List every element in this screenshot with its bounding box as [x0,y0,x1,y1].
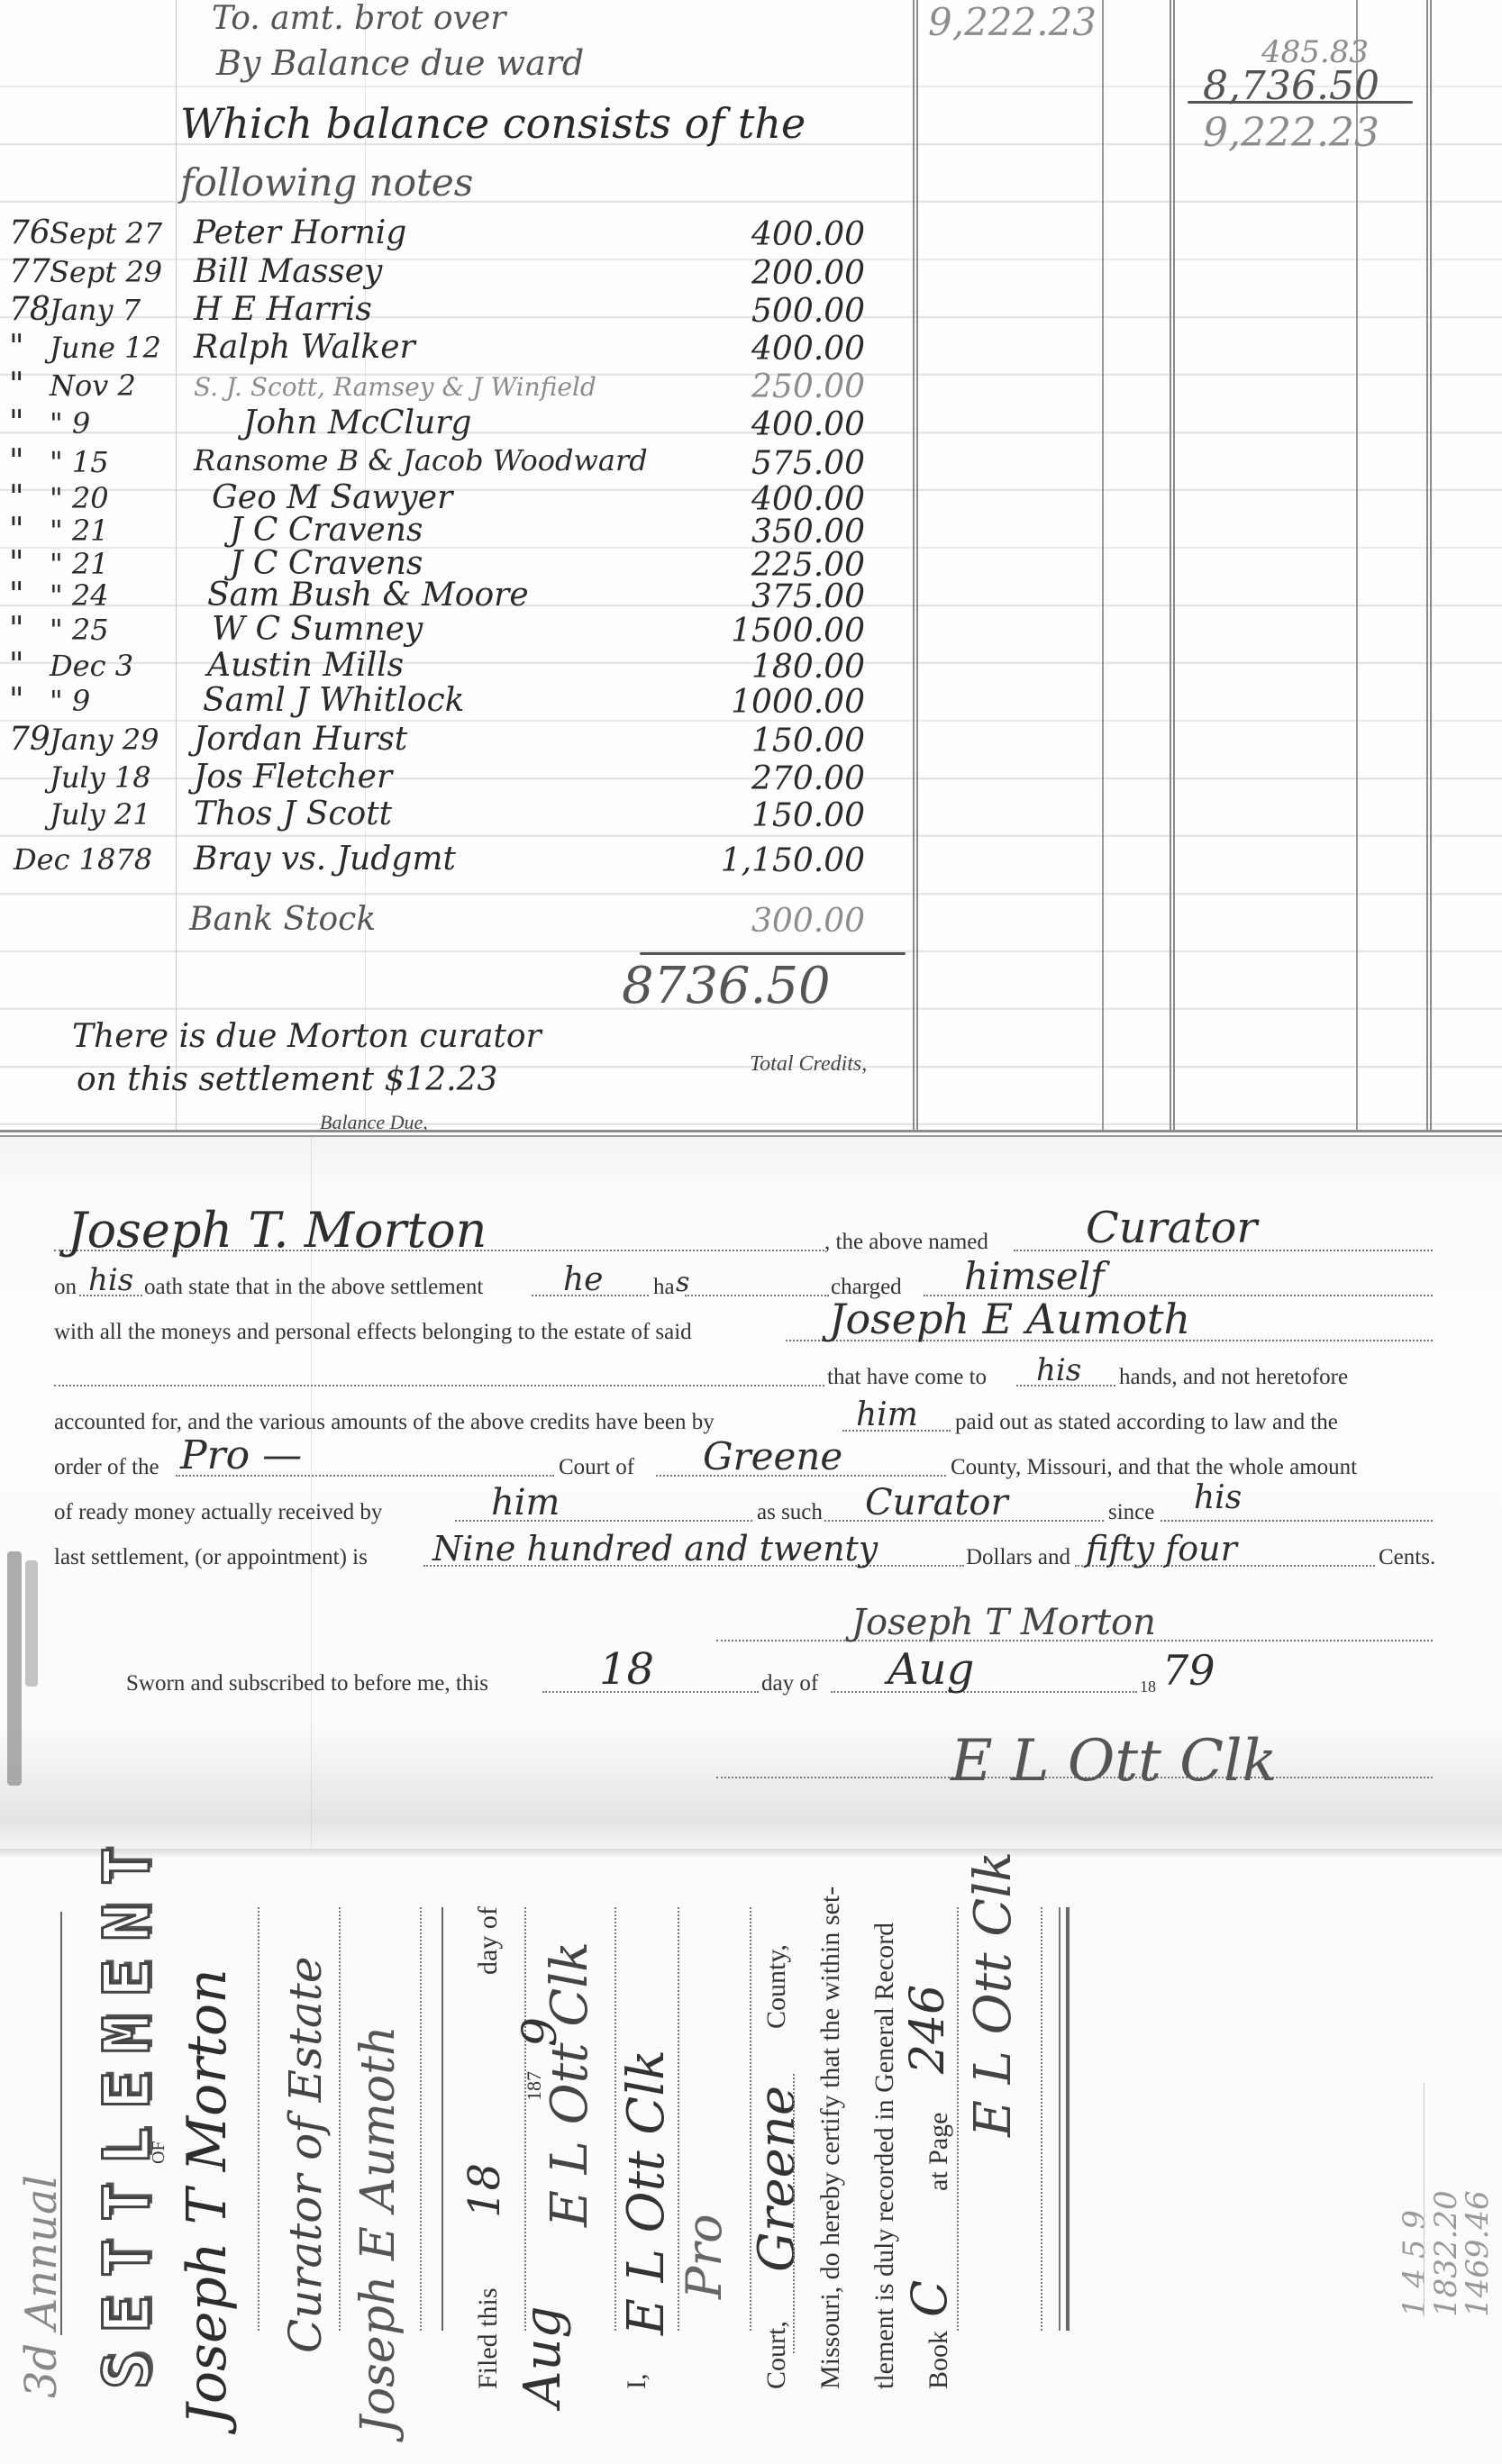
text-dollars-and: Dollars and [966,1545,1070,1570]
blank-line [420,1907,422,2331]
text-ha: ha [653,1275,675,1300]
docket-county: Greene [748,2086,806,2272]
notes-total: 8736.50 [622,957,831,1015]
text-certify: Missouri, do hereby certify that the wit… [815,1887,846,2389]
text-that-have: that have come to [827,1365,987,1390]
hands-fill: his [1036,1352,1081,1388]
note-name: J C Cravens [230,512,423,549]
note-date: Jany 7 [50,293,185,327]
note-year: " [9,443,24,480]
docket-section: 3d Annual SETTLEMENT OF Joseph T Morton … [0,1849,1502,2464]
list-item: July 18 Jos Fletcher 270.00 [0,759,901,795]
blank-line [957,1907,959,2331]
note-year: " [9,611,24,648]
column-rule-credit-cents [1356,0,1358,1130]
clerk-name: E L Ott Clk [617,2050,676,2335]
list-item: " Dec 3 Austin Mills 180.00 [0,647,901,683]
note-year: " [9,479,24,516]
estate-name: Joseph E Aumoth [829,1295,1190,1343]
column-rule-credit [1170,0,1175,1130]
note-amount: 400.00 [631,331,865,368]
annual-underline [60,1912,62,2335]
note-date: June 12 [50,331,185,365]
note-year: " [9,577,24,614]
note-date: " 25 [50,613,185,647]
he-fill: he [563,1261,604,1298]
recorded-signature: E L Ott Clk [964,1851,1023,2137]
text-with-all: with all the moneys and personal effects… [54,1320,692,1345]
note-date: " 15 [50,445,185,479]
blank-line [793,2074,795,2353]
note-name: Sam Bush & Moore [207,577,529,614]
settlement-title: SETTLEMENT [90,1830,164,2389]
affidavit-line-4: that have come to his hands, and not her… [54,1358,1433,1394]
cents-fill: fifty four [1086,1529,1237,1568]
settlement-role: Curator of Estate [279,1957,332,2353]
ledger-section: To. amt. brot over 9,222.23 By Balance d… [0,0,1502,1137]
list-item: " " 9 Saml J Whitlock 1000.00 [0,682,901,718]
county-fill: Greene [703,1434,842,1478]
page-fill: 246 [901,1985,955,2074]
settlement-person: Joseph T Morton [176,1968,239,2425]
double-rule [1066,1907,1070,2331]
sworn-line: Sworn and subscribed to before me, this … [126,1664,1243,1700]
note-amount: 1,150.00 [631,842,865,879]
filed-month: Aug [514,2306,572,2407]
list-item: " " 24 Sam Bush & Moore 375.00 [0,577,901,613]
on-fill: his [88,1262,133,1298]
book-fill: C [901,2280,958,2317]
ledger-amount-brought-over: 9,222.23 [928,0,1097,44]
double-rule [1059,1907,1061,2331]
text-accounted: accounted for, and the various amounts o… [54,1410,715,1435]
blank-line [614,1907,616,2331]
blank-line [831,1691,1137,1693]
ledger-line-which-balance: Which balance consists of the [180,99,806,148]
note-date: July 21 [50,797,185,832]
note-date: " 20 [50,481,185,515]
text-day-of: day of [761,1671,818,1696]
by-fill: him [856,1396,918,1433]
of-label: OF [149,2141,169,2164]
text-hands: hands, and not heretofore [1119,1365,1348,1390]
note-date: Dec 3 [50,649,185,683]
note-year: " [9,647,24,684]
has-fill: s [676,1267,689,1298]
column-rule-right [1426,0,1432,1130]
note-date: " 9 [50,406,185,441]
note-date: " 24 [50,578,185,613]
note-year: " [9,367,24,404]
text-at-page: at Page [924,2113,954,2191]
note-name: Peter Hornig [194,214,406,251]
note-year: 79 [9,721,50,758]
list-item: Dec 1878 Bray vs. Judgmt 1,150.00 [0,841,901,877]
list-item: " " 15 Ransome B & Jacob Woodward 575.00 [0,443,901,479]
blank-line [258,1907,259,2331]
blank-line [1161,1520,1433,1522]
affidavit-line-1: Joseph T. Morton , the above named Curat… [54,1223,1433,1259]
note-date: Sept 27 [50,216,185,250]
fold-shadow [0,1849,1502,1858]
list-item: 79 Jany 29 Jordan Hurst 150.00 [0,721,901,757]
ink-stain [7,1551,22,1786]
note-date: July 18 [50,760,185,795]
margin-figure-3: 1 4 5 9 [1397,2210,1433,2317]
list-item: " " 25 W C Sumney 1500.00 [0,611,901,647]
sworn-day: 18 [599,1644,654,1695]
note-year: " [9,329,24,366]
clerk-role: Pro [676,2214,733,2299]
note-name: Jos Fletcher [194,759,392,796]
list-item: " " 21 J C Cravens 350.00 [0,512,901,548]
ledger-line-following-notes: following notes [180,160,473,205]
clerk-signature-line: E L Ott Clk [716,1750,1433,1786]
note-amount: 575.00 [631,445,865,482]
note-name: Ransome B & Jacob Woodward [194,443,648,477]
text-order-of: order of the [54,1455,159,1480]
note-amount: 250.00 [631,368,865,405]
text-county: County, [761,1944,792,2029]
ledger-line-brought-over: To. amt. brot over [212,0,505,37]
note-year: 77 [9,253,50,290]
note-name: John McClurg [243,405,471,441]
note-amount: 300.00 [631,903,865,940]
note-amount: 1000.00 [631,684,865,721]
due-note-line-1: There is due Morton curator [72,1018,542,1055]
text-i: I, [622,2374,652,2390]
total-credits-label: Total Credits, [750,1052,867,1077]
list-item: " June 12 Ralph Walker 400.00 [0,329,901,365]
text-filed-this: Filed this [473,2287,504,2389]
text-book: Book [924,2331,954,2389]
text-court-of: Court of [559,1455,634,1480]
ink-stain [25,1560,38,1687]
text-oath: oath state that in the above settlement [144,1275,483,1300]
text-since: since [1108,1500,1154,1525]
note-amount: 180.00 [631,649,865,686]
blank-line [1041,1907,1042,2331]
note-name: Bank Stock [189,901,376,938]
text-year-prefix: 18 [1140,1678,1156,1696]
column-rule-cents [1102,0,1104,1130]
note-year: " [9,405,24,441]
list-item: Bank Stock 300.00 [0,901,901,937]
affidavit-line-7: of ready money actually received by him … [54,1493,1433,1529]
text-as-such: as such [757,1500,823,1525]
note-date: Sept 29 [50,255,185,289]
settlement-estate: Joseph E Aumoth [351,2026,405,2434]
note-amount: 500.00 [631,293,865,330]
note-year: " [9,682,24,719]
note-name: Bray vs. Judgmt [194,841,456,877]
note-year: 76 [9,214,50,251]
ledger-bottom-rule [0,1130,1502,1137]
margin-rule [1424,2083,1425,2317]
note-name: Austin Mills [207,647,404,684]
affiant-name: Joseph T. Morton [68,1202,487,1259]
court-type: Pro — [180,1432,302,1478]
sworn-year: 79 [1162,1646,1215,1695]
affidavit-line-3: with all the moneys and personal effects… [54,1313,1433,1349]
blank-line [339,1907,341,2331]
margin-figure-1: 1469.46 [1460,2190,1496,2317]
sum-underline [1188,101,1413,104]
blank-line [54,1385,824,1387]
text-ready-money: of ready money actually received by [54,1500,382,1525]
note-date: Nov 2 [50,368,185,403]
list-item: 76 Sept 27 Peter Hornig 400.00 [0,214,901,250]
column-rule-debit [913,0,918,1130]
text-county-mo: County, Missouri, and that the whole amo… [951,1455,1357,1480]
received-by-fill: him [491,1482,560,1523]
as-such-fill: Curator [865,1482,1008,1523]
note-year: " [9,512,24,549]
note-date: " 9 [50,684,185,718]
note-amount: 375.00 [631,578,865,615]
text-court: Court, [761,2321,792,2389]
note-name: Ralph Walker [194,329,415,366]
note-name: W C Sumney [212,611,423,648]
list-item: July 21 Thos J Scott 150.00 [0,796,901,832]
margin-figure-2: 1832.20 [1428,2190,1464,2317]
note-amount: 150.00 [631,797,865,834]
note-date: " 21 [50,514,185,548]
note-name: Jordan Hurst [194,721,407,758]
list-item: " " 9 John McClurg 400.00 [0,405,901,441]
since-fill: his [1194,1479,1242,1516]
charged-fill: himself [964,1254,1105,1298]
blank-line [685,1295,829,1296]
text-sworn: Sworn and subscribed to before me, this [126,1671,488,1696]
affiant-signature: Joseph T Morton [851,1602,1156,1643]
note-name: Thos J Scott [194,796,392,832]
divider-rule [441,1907,443,2331]
annual-label: 3d Annual [16,2175,67,2398]
text-day-of: day of [473,1906,504,1975]
text-above-named: , the above named [824,1230,988,1255]
note-year: 78 [9,291,50,328]
note-amount: 200.00 [631,255,865,292]
affidavit-section: Joseph T. Morton , the above named Curat… [0,1137,1502,1849]
scanned-document: To. amt. brot over 9,222.23 By Balance d… [0,0,1502,2464]
note-name: Geo M Sawyer [212,479,452,516]
list-item: 77 Sept 29 Bill Massey 200.00 [0,253,901,289]
blank-line [524,1907,526,2331]
list-item: " " 20 Geo M Sawyer 400.00 [0,479,901,515]
list-item: 78 Jany 7 H E Harris 500.00 [0,291,901,327]
affidavit-line-6: order of the Pro — Court of Greene Count… [54,1448,1433,1484]
text-recorded: tlement is duly recorded in General Reco… [869,1923,900,2389]
note-amount: 400.00 [631,216,865,253]
list-item: " Nov 2 S. J. Scott, Ramsey & J Winfield… [0,367,901,403]
affiant-signature-line: Joseph T Morton [716,1613,1433,1649]
note-amount: 270.00 [631,760,865,797]
note-name: S. J. Scott, Ramsey & J Winfield [194,372,596,402]
filed-day: 18 [460,2163,510,2218]
text-last-settlement: last settlement, (or appointment) is [54,1545,368,1570]
note-date: Dec 1878 [14,842,149,877]
affiant-title: Curator [1086,1203,1257,1253]
credit-amount-total: 9,222.23 [1203,110,1379,156]
text-cents: Cents. [1379,1545,1435,1570]
text-paid-out: paid out as stated according to law and … [955,1410,1338,1435]
note-name: Bill Massey [194,253,382,290]
due-note-line-2: on this settlement $12.23 [77,1061,497,1098]
note-name: Saml J Whitlock [203,682,464,719]
affidavit-line-8: last settlement, (or appointment) is Nin… [54,1538,1433,1574]
text-on: on [54,1275,77,1300]
note-amount: 150.00 [631,723,865,759]
list-item: " " 21 J C Cravens 225.00 [0,545,901,581]
note-amount: 400.00 [631,406,865,443]
note-date: Jany 29 [50,723,185,757]
ledger-line-balance-due: By Balance due ward [216,43,584,83]
filed-signature: E L Ott Clk [541,1941,599,2227]
affidavit-line-2: on his oath state that in the above sett… [54,1268,1433,1304]
sworn-month: Aug [888,1644,974,1695]
dollars-fill: Nine hundred and twenty [432,1529,878,1568]
note-name: H E Harris [194,291,372,328]
note-amount: 1500.00 [631,613,865,650]
notes-total-underline [640,952,906,955]
clerk-signature: E L Ott Clk [951,1728,1277,1795]
